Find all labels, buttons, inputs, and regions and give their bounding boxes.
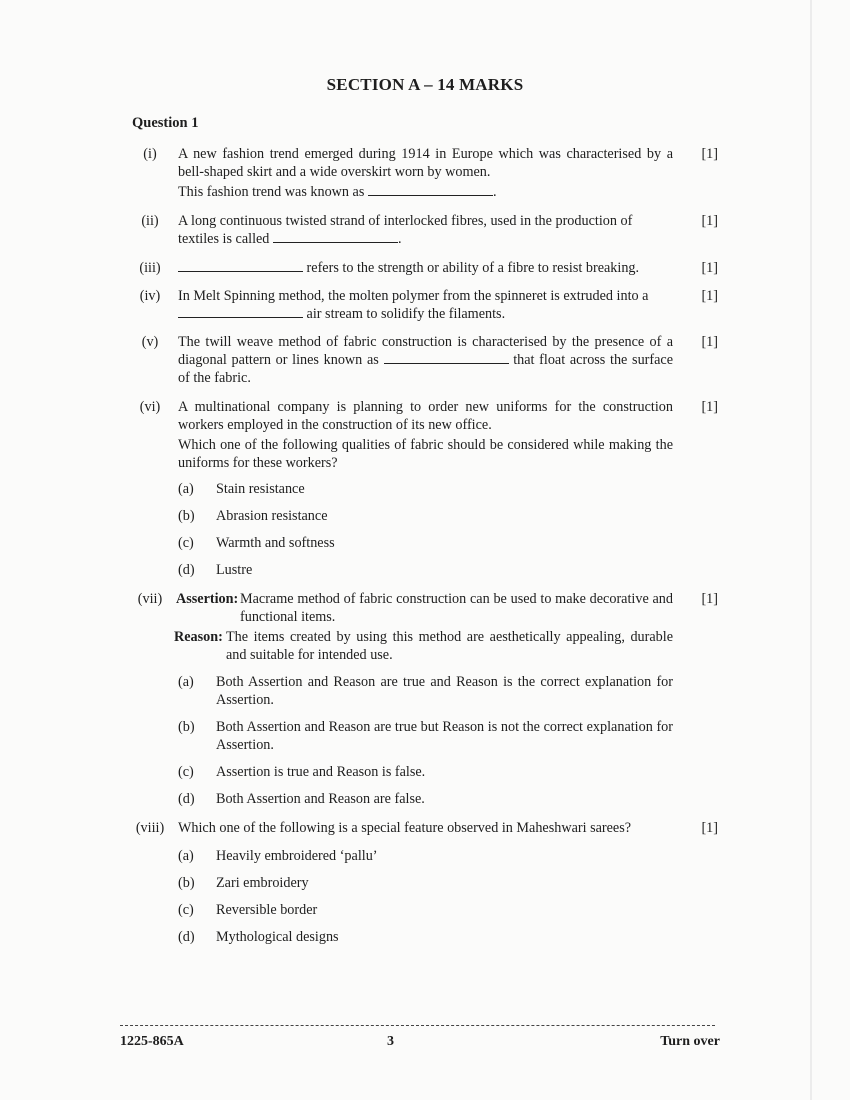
option-c: (c) Reversible border bbox=[178, 901, 718, 928]
question-number: (ii) bbox=[128, 212, 172, 230]
option-a: (a) Heavily embroidered ‘pallu’ bbox=[178, 847, 718, 874]
question-number: (vii) bbox=[128, 590, 172, 608]
question-number: (vi) bbox=[128, 398, 172, 416]
answer-blank bbox=[368, 183, 493, 196]
option-d: (d) Lustre bbox=[178, 561, 718, 588]
marks-badge: [1] bbox=[688, 287, 718, 305]
question-i: (i) A new fashion trend emerged during 1… bbox=[128, 145, 718, 201]
question-text: A long continuous twisted strand of inte… bbox=[178, 213, 632, 247]
question-text: A multinational company is planning to o… bbox=[178, 398, 673, 434]
question-text: In Melt Spinning method, the molten poly… bbox=[178, 288, 648, 304]
question-number: (iii) bbox=[128, 259, 172, 277]
option-b: (b) Abrasion resistance bbox=[178, 507, 718, 534]
marks-badge: [1] bbox=[688, 259, 718, 277]
option-a: (a) Stain resistance bbox=[178, 480, 718, 507]
marks-badge: [1] bbox=[688, 333, 718, 351]
option-c: (c) Assertion is true and Reason is fals… bbox=[178, 763, 718, 781]
question-v: (v) The twill weave method of fabric con… bbox=[128, 333, 718, 387]
page-number: 3 bbox=[387, 1034, 394, 1050]
option-d: (d) Mythological designs bbox=[178, 928, 718, 955]
turn-over-label: Turn over bbox=[660, 1034, 720, 1050]
question-text: A new fashion trend emerged during 1914 … bbox=[178, 145, 673, 181]
marks-badge: [1] bbox=[688, 398, 718, 416]
question-iii: (iii) refers to the strength or ability … bbox=[128, 259, 718, 277]
footer-divider bbox=[120, 1025, 715, 1026]
option-a: (a) Both Assertion and Reason are true a… bbox=[178, 673, 718, 709]
question-viii: (viii) Which one of the following is a s… bbox=[128, 819, 718, 955]
question-number: (viii) bbox=[128, 819, 172, 837]
marks-badge: [1] bbox=[688, 145, 718, 163]
option-b: (b) Zari embroidery bbox=[178, 874, 718, 901]
marks-badge: [1] bbox=[688, 212, 718, 230]
section-title: SECTION A – 14 MARKS bbox=[0, 75, 850, 95]
question-number: (v) bbox=[128, 333, 172, 351]
reason: Reason: The items created by using this … bbox=[174, 628, 673, 664]
question-text: Which one of the following qualities of … bbox=[178, 436, 673, 472]
question-text: This fashion trend was known as bbox=[178, 184, 364, 200]
question-number: (iv) bbox=[128, 287, 172, 305]
question-text: refers to the strength or ability of a f… bbox=[307, 260, 640, 276]
paper-code: 1225-865A bbox=[120, 1034, 184, 1050]
question-number: (i) bbox=[128, 145, 172, 163]
option-b: (b) Both Assertion and Reason are true b… bbox=[178, 718, 718, 754]
option-d: (d) Both Assertion and Reason are false. bbox=[178, 790, 718, 808]
answer-blank bbox=[273, 230, 398, 243]
question-vi: (vi) A multinational company is planning… bbox=[128, 398, 718, 588]
answer-blank bbox=[178, 305, 303, 318]
question-ii: (ii) A long continuous twisted strand of… bbox=[128, 212, 718, 248]
question-iv: (iv) In Melt Spinning method, the molten… bbox=[128, 287, 718, 323]
answer-blank bbox=[384, 351, 509, 364]
question-text: air stream to solidify the filaments. bbox=[307, 306, 506, 322]
question-vii: (vii) [1] Assertion: Macrame method of f… bbox=[128, 590, 718, 808]
assertion: Assertion: Macrame method of fabric cons… bbox=[176, 590, 673, 626]
marks-badge: [1] bbox=[688, 819, 718, 837]
marks-badge: [1] bbox=[688, 590, 718, 608]
option-c: (c) Warmth and softness bbox=[178, 534, 718, 561]
page-edge-line bbox=[810, 0, 812, 1100]
question-heading: Question 1 bbox=[132, 115, 198, 132]
answer-blank bbox=[178, 259, 303, 272]
question-text: Which one of the following is a special … bbox=[178, 819, 673, 837]
